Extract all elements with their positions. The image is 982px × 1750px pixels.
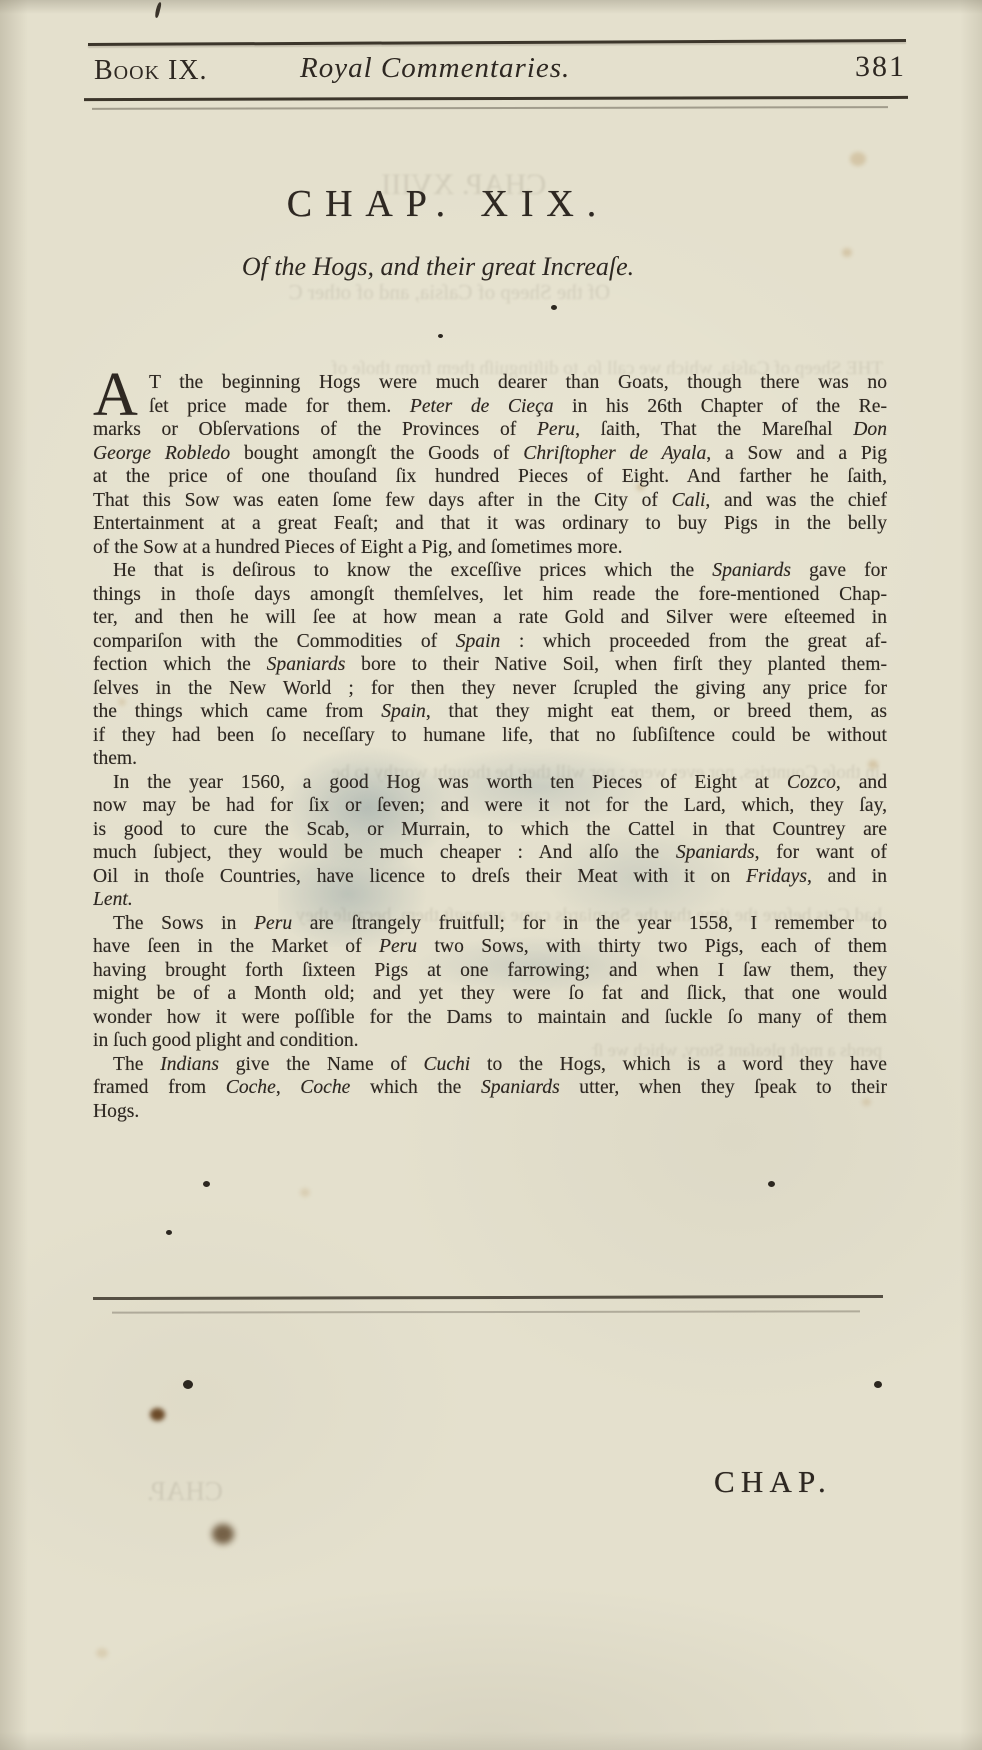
italic-text: Fridays <box>746 866 807 887</box>
text-line: The Indians give the Name of Cuchi to th… <box>93 1053 887 1077</box>
foxing-spot <box>850 152 866 166</box>
text-line: them. <box>93 747 887 771</box>
text-line: The Sows in Peru are ſtrangely fruitfull… <box>93 912 887 936</box>
header-rule-thick <box>84 96 908 101</box>
chapter-subtitle: Of the Hogs, and their great Increaſe. <box>0 252 876 282</box>
text-line: ſet price made for them. Peter de Cieça … <box>93 395 887 419</box>
italic-text: Spaniards <box>712 560 791 581</box>
roman-text: gave for <box>791 560 887 581</box>
roman-text: two Sows, with thirty two Pigs, each of … <box>417 936 887 957</box>
roman-text: the things which came from <box>93 701 381 722</box>
running-title: Royal Commentaries. <box>300 52 570 85</box>
italic-text: Spain <box>381 701 426 722</box>
ink-speck <box>203 1181 210 1187</box>
text-line: George Robledo bought amongſt the Goods … <box>93 442 887 466</box>
book-label: Book IX. <box>94 55 208 87</box>
roman-text: fection which the <box>93 654 267 675</box>
ink-speck <box>166 1230 172 1235</box>
text-line: compariſon with the Commodities of Spain… <box>93 630 887 654</box>
catchword: CHAP. <box>0 1464 832 1500</box>
roman-text: Entertainment at a great Feaſt; and that… <box>93 513 887 534</box>
roman-text: is good to cure the Scab, or Murrain, to… <box>93 819 887 840</box>
roman-text: , for want of <box>755 842 887 863</box>
roman-text: Oil in thoſe Countries, have licence to … <box>93 866 746 887</box>
text-line: Lent. <box>93 888 887 912</box>
text-line: fection which the Spaniards bore to thei… <box>93 653 887 677</box>
roman-text: much ſubject, they would be much cheaper… <box>93 842 676 863</box>
text-line: Oil in thoſe Countries, have licence to … <box>93 865 887 889</box>
italic-text: Cuchi <box>423 1054 470 1075</box>
roman-text: in his 26th Chapter of the Re- <box>554 396 887 417</box>
italic-text: Don <box>853 419 887 440</box>
roman-text: now may be had for ſix or ſeven; and wer… <box>93 795 887 816</box>
text-line: much ſubject, they would be much cheaper… <box>93 841 887 865</box>
italic-text: Chriſtopher de Ayala <box>523 443 706 464</box>
roman-text: marks or Obſervations of the Provinces o… <box>93 419 537 440</box>
show-through-text: CHAP. XVIII. <box>330 168 590 202</box>
show-through-text: Of the Sheep of Caſsia, and of other Cat… <box>290 280 610 305</box>
text-line: now may be had for ſix or ſeven; and wer… <box>93 794 887 818</box>
italic-text: Cozco <box>787 772 836 793</box>
ink-blot <box>212 1524 234 1544</box>
roman-text: , ſaith, That the Mareſhal <box>575 419 853 440</box>
text-line: He that is deſirous to know the exceſſiv… <box>93 559 887 583</box>
italic-text: Peru <box>537 419 575 440</box>
text-line: framed from Coche, Coche which the Spani… <box>93 1076 887 1100</box>
bottom-divider-rule <box>93 1295 883 1300</box>
roman-text: , and was the chief <box>705 490 887 511</box>
roman-text: which the <box>350 1077 481 1098</box>
roman-text: ſelves in the New World ; for then they … <box>93 678 887 699</box>
text-line: ter, and then he will ſee at how mean a … <box>93 606 887 630</box>
paragraph: AT the beginning Hogs were much dearer t… <box>93 371 887 559</box>
text-line: T the beginning Hogs were much dearer th… <box>93 371 887 395</box>
roman-text: Hogs. <box>93 1101 139 1122</box>
bottom-divider-rule-thin <box>112 1310 860 1313</box>
body-text: AT the beginning Hogs were much dearer t… <box>93 371 887 1123</box>
ink-speck <box>551 305 557 310</box>
text-line: at the price of one thouſand ſix hundred… <box>93 465 887 489</box>
roman-text: might be of a Month old; and yet they we… <box>93 983 887 1004</box>
roman-text: , <box>276 1077 300 1098</box>
roman-text: things in thoſe days amongſt themſelves,… <box>93 584 887 605</box>
book-page-scan: Book IX. Royal Commentaries. 381 CHAP. X… <box>0 0 982 1750</box>
paragraph: The Sows in Peru are ſtrangely fruitfull… <box>93 912 887 1053</box>
italic-text: Coche <box>300 1077 350 1098</box>
text-line: Entertainment at a great Feaſt; and that… <box>93 512 887 536</box>
italic-text: Indians <box>160 1054 219 1075</box>
text-line: the things which came from Spain, that t… <box>93 700 887 724</box>
roman-text: The <box>113 1054 160 1075</box>
roman-text: wonder how it were poſſible for the Dams… <box>93 1007 887 1028</box>
ink-speck <box>768 1181 775 1187</box>
roman-text: in ſuch good plight and condition. <box>93 1030 359 1051</box>
italic-text: Spaniards <box>481 1077 560 1098</box>
roman-text: at the price of one thouſand ſix hundred… <box>93 466 887 487</box>
foxing-spot <box>300 1188 310 1197</box>
roman-text: of the Sow at a hundred Pieces of Eight … <box>93 537 622 558</box>
roman-text: utter, when they ſpeak to their <box>560 1077 887 1098</box>
roman-text: them. <box>93 748 137 769</box>
italic-text: George Robledo <box>93 443 230 464</box>
roman-text: if they had been ſo neceſſary to humane … <box>93 725 887 746</box>
roman-text: having brought forth ſixteen Pigs at one… <box>93 960 887 981</box>
pen-mark <box>154 2 162 18</box>
roman-text: ter, and then he will ſee at how mean a … <box>93 607 887 628</box>
ink-speck <box>874 1381 882 1388</box>
roman-text: , that they might eat them, or breed the… <box>426 701 887 722</box>
roman-text: In the year 1560, a good Hog was worth t… <box>113 772 787 793</box>
roman-text: to the Hogs, which is a word they have <box>470 1054 887 1075</box>
text-line: is good to cure the Scab, or Murrain, to… <box>93 818 887 842</box>
roman-text: give the Name of <box>219 1054 423 1075</box>
italic-text: Peter de Cieça <box>410 396 554 417</box>
roman-text: have ſeen in the Market of <box>93 936 379 957</box>
text-line: Hogs. <box>93 1100 887 1124</box>
drop-cap: A <box>93 372 138 419</box>
italic-text: Peru <box>254 913 292 934</box>
italic-text: Spaniards <box>267 654 346 675</box>
paragraph: He that is deſirous to know the exceſſiv… <box>93 559 887 771</box>
paragraph: In the year 1560, a good Hog was worth t… <box>93 771 887 912</box>
roman-text: are ſtrangely fruitfull; for in the year… <box>292 913 887 934</box>
roman-text: compariſon with the Commodities of <box>93 631 456 652</box>
page-number: 381 <box>806 50 906 84</box>
roman-text: He that is deſirous to know the exceſſiv… <box>113 560 712 581</box>
ink-blot <box>150 1408 165 1421</box>
text-line: marks or Obſervations of the Provinces o… <box>93 418 887 442</box>
text-line: That this Sow was eaten ſome few days af… <box>93 489 887 513</box>
roman-text: ſet price made for them. <box>149 396 410 417</box>
roman-text: framed from <box>93 1077 226 1098</box>
text-line: ſelves in the New World ; for then they … <box>93 677 887 701</box>
roman-text: bought amongſt the Goods of <box>230 443 523 464</box>
header-rule-thin <box>92 106 888 110</box>
roman-text: The Sows in <box>113 913 254 934</box>
roman-text: , and in <box>807 866 887 887</box>
text-line: might be of a Month old; and yet they we… <box>93 982 887 1006</box>
text-line: having brought forth ſixteen Pigs at one… <box>93 959 887 983</box>
text-line: things in thoſe days amongſt themſelves,… <box>93 583 887 607</box>
roman-text: T the beginning Hogs were much dearer th… <box>149 372 887 393</box>
text-line: of the Sow at a hundred Pieces of Eight … <box>93 536 887 560</box>
text-line: have ſeen in the Market of Peru two Sows… <box>93 935 887 959</box>
text-line: wonder how it were poſſible for the Dams… <box>93 1006 887 1030</box>
roman-text: : which proceeded from the great af- <box>500 631 887 652</box>
paragraph: The Indians give the Name of Cuchi to th… <box>93 1053 887 1124</box>
foxing-spot <box>96 1648 108 1658</box>
text-line: In the year 1560, a good Hog was worth t… <box>93 771 887 795</box>
italic-text: Cali <box>672 490 706 511</box>
top-rule <box>88 39 906 46</box>
roman-text: That this Sow was eaten ſome few days af… <box>93 490 672 511</box>
ink-speck <box>183 1380 193 1389</box>
italic-text: Peru <box>379 936 417 957</box>
italic-text: Spain <box>456 631 501 652</box>
italic-text: Spaniards <box>676 842 755 863</box>
roman-text: , and <box>836 772 887 793</box>
italic-text: Lent. <box>93 889 133 910</box>
ink-speck <box>438 334 443 338</box>
text-line: in ſuch good plight and condition. <box>93 1029 887 1053</box>
roman-text: bore to their Native Soil, when firſt th… <box>345 654 887 675</box>
text-line: if they had been ſo neceſſary to humane … <box>93 724 887 748</box>
italic-text: Coche <box>226 1077 276 1098</box>
roman-text: , a Sow and a Pig <box>706 443 887 464</box>
